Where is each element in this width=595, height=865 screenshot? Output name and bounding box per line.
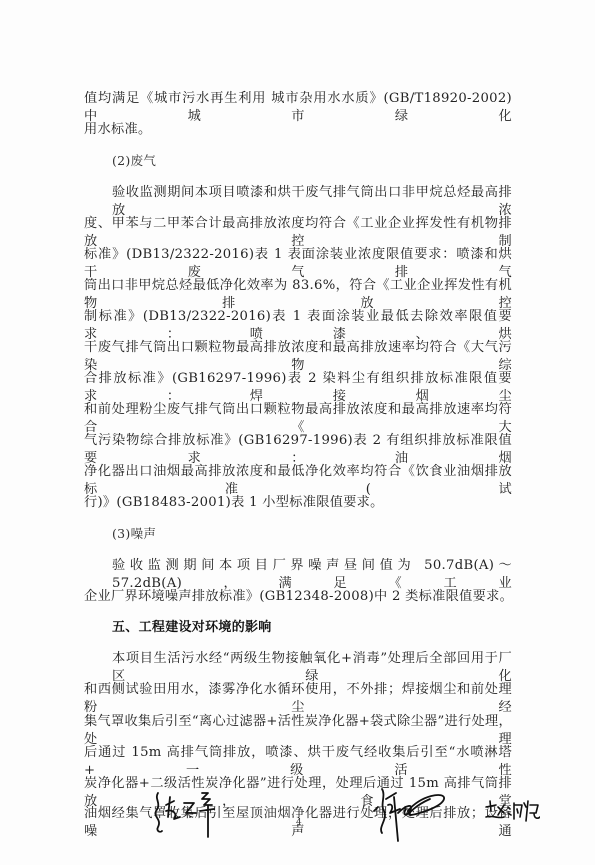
text-line: 用水标准。 xyxy=(84,121,512,139)
section-heading: 五、工程建设对环境的影响 xyxy=(112,619,512,637)
text-line: 和西侧试验田用水，漆雾净化水循环使用，不外排；焊接烟尘和前处理粉尘经 xyxy=(84,681,512,717)
text-line: 企业厂界环境噪声排放标准》(GB12348-2008)中 2 类标准限值要求。 xyxy=(84,588,512,606)
subsection-heading: (2)废气 xyxy=(112,152,512,170)
page-number: 4 xyxy=(296,818,302,828)
signature-left xyxy=(150,787,220,847)
subsection-heading: (3)噪声 xyxy=(112,525,512,543)
signature-right xyxy=(484,797,540,825)
text-line: 行)》(GB18483-2001)表 1 小型标准限值要求。 xyxy=(84,494,512,512)
document-page: 值均满足《城市污水再生利用 城市杂用水水质》(GB/T18920-2002)中城… xyxy=(0,0,595,865)
signature-middle xyxy=(370,785,450,845)
